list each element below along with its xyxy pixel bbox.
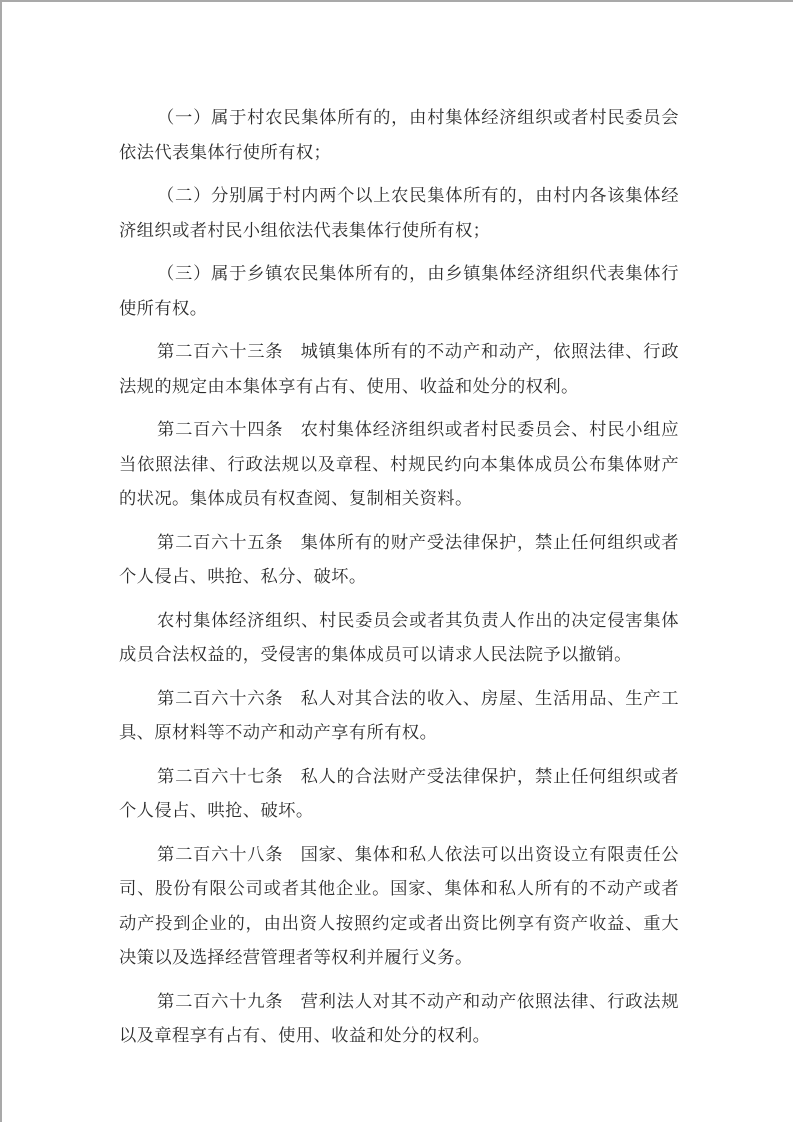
- article-number: 第二百六十三条: [157, 342, 283, 362]
- article-number: 第二百六十四条: [157, 420, 283, 440]
- document-body: （一）属于村农民集体所有的，由村集体经济组织或者村民委员会依法代表集体行使所有权…: [119, 101, 679, 1063]
- paragraph-article-265-clause-2: 农村集体经济组织、村民委员会或者其负责人作出的决定侵害集体成员合法权益的，受侵害…: [119, 604, 679, 673]
- paragraph-article-268: 第二百六十八条国家、集体和私人依法可以出资设立有限责任公司、股份有限公司或者其他…: [119, 838, 679, 976]
- paragraph-article-269: 第二百六十九条营利法人对其不动产和动产依照法律、行政法规以及章程享有占有、使用、…: [119, 985, 679, 1054]
- paragraph-article-265: 第二百六十五条集体所有的财产受法律保护，禁止任何组织或者个人侵占、哄抢、私分、破…: [119, 526, 679, 595]
- article-number: 第二百六十七条: [157, 767, 283, 787]
- document-page: （一）属于村农民集体所有的，由村集体经济组织或者村民委员会依法代表集体行使所有权…: [0, 0, 793, 1122]
- article-number: 第二百六十五条: [157, 533, 283, 553]
- paragraph-article-263: 第二百六十三条城镇集体所有的不动产和动产，依照法律、行政法规的规定由本集体享有占…: [119, 335, 679, 404]
- paragraph-article-264: 第二百六十四条农村集体经济组织或者村民委员会、村民小组应当依照法律、行政法规以及…: [119, 413, 679, 517]
- paragraph-article-267: 第二百六十七条私人的合法财产受法律保护，禁止任何组织或者个人侵占、哄抢、破坏。: [119, 760, 679, 829]
- article-number: 第二百六十八条: [157, 845, 283, 865]
- article-number: 第二百六十九条: [157, 992, 283, 1012]
- paragraph-clause-1: （一）属于村农民集体所有的，由村集体经济组织或者村民委员会依法代表集体行使所有权…: [119, 101, 679, 170]
- paragraph-clause-2: （二）分别属于村内两个以上农民集体所有的，由村内各该集体经济组织或者村民小组依法…: [119, 179, 679, 248]
- paragraph-article-266: 第二百六十六条私人对其合法的收入、房屋、生活用品、生产工具、原材料等不动产和动产…: [119, 682, 679, 751]
- paragraph-text: （一）属于村农民集体所有的，由村集体经济组织或者村民委员会依法代表集体行使所有权…: [119, 108, 679, 163]
- paragraph-text: （三）属于乡镇农民集体所有的，由乡镇集体经济组织代表集体行使所有权。: [119, 264, 679, 319]
- paragraph-text: 农村集体经济组织、村民委员会或者其负责人作出的决定侵害集体成员合法权益的，受侵害…: [119, 611, 679, 666]
- paragraph-text: （二）分别属于村内两个以上农民集体所有的，由村内各该集体经济组织或者村民小组依法…: [119, 186, 679, 241]
- paragraph-clause-3: （三）属于乡镇农民集体所有的，由乡镇集体经济组织代表集体行使所有权。: [119, 257, 679, 326]
- article-number: 第二百六十六条: [157, 689, 283, 709]
